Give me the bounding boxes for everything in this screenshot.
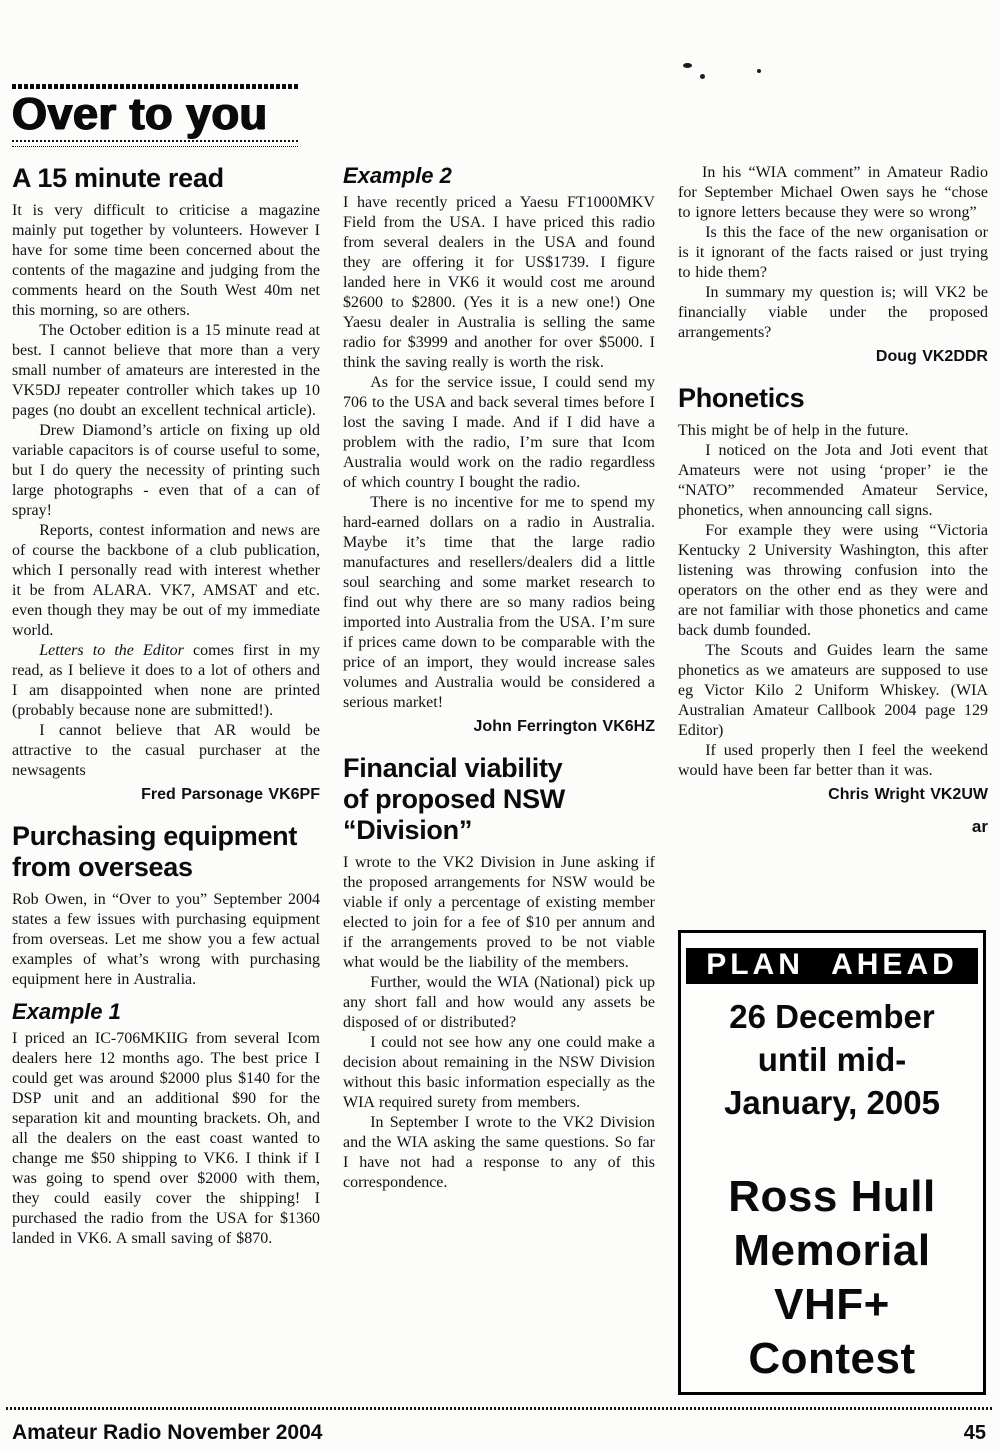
article-end-mark: ar [678, 817, 988, 837]
paragraph: In September I wrote to the VK2 Division… [343, 1113, 655, 1193]
date-line: 26 December [681, 995, 983, 1038]
masthead-bottom-rule [12, 140, 298, 147]
paragraph: Reports, contest information and news ar… [12, 521, 320, 641]
footer-journal-title: Amateur Radio November 2004 [12, 1421, 322, 1445]
letter-signature: Doug VK2DDR [678, 347, 988, 367]
date-line: January, 2005 [681, 1081, 983, 1124]
paragraph: I cannot believe that AR would be attrac… [12, 721, 320, 781]
letter-heading-15-minute-read: A 15 minute read [12, 163, 320, 194]
paragraph: Is this the face of the new organisation… [678, 223, 988, 283]
letter-heading-purchasing-equipment: Purchasing equipment from overseas [12, 821, 320, 883]
scan-speck [757, 69, 761, 73]
letter-signature: Fred Parsonage VK6PF [12, 785, 320, 805]
section-masthead: Over to you [12, 84, 298, 147]
page-number: 45 [964, 1422, 986, 1445]
paragraph: If used properly then I feel the weekend… [678, 741, 988, 781]
letter-signature: Chris Wright VK2UW [678, 785, 988, 805]
plan-ahead-dates: 26 December until mid- January, 2005 [681, 995, 983, 1124]
paragraph: Rob Owen, in “Over to you” September 200… [12, 890, 320, 990]
paragraph: There is no incentive for me to spend my… [343, 493, 655, 713]
event-line: Ross Hull [681, 1170, 983, 1224]
section-title: Over to you [12, 92, 298, 136]
italic-lead-in: Letters to the Editor [39, 642, 184, 659]
plan-ahead-event: Ross Hull Memorial VHF+ Contest [681, 1170, 983, 1386]
letter-signature: John Ferrington VK6HZ [343, 717, 655, 737]
magazine-page: Over to you A 15 minute read It is very … [0, 0, 1000, 1452]
letter-heading-financial-viability: Financial viability of proposed NSW “Div… [343, 753, 655, 846]
footer-rule [6, 1407, 994, 1410]
scan-speck [683, 63, 692, 68]
scan-speck [700, 74, 705, 79]
paragraph: As for the service issue, I could send m… [343, 373, 655, 493]
event-line: Memorial [681, 1224, 983, 1278]
subheading-example-2: Example 2 [343, 163, 655, 189]
paragraph: The Scouts and Guides learn the same pho… [678, 641, 988, 741]
paragraph: This might be of help in the future. [678, 421, 988, 441]
plan-ahead-title: PLAN AHEAD [686, 948, 978, 984]
paragraph: It is very difficult to criticise a maga… [12, 201, 320, 321]
event-line: Contest [681, 1332, 983, 1386]
paragraph: I wrote to the VK2 Division in June aski… [343, 853, 655, 973]
paragraph: Further, would the WIA (National) pick u… [343, 973, 655, 1033]
column-1: A 15 minute read It is very difficult to… [12, 161, 320, 1249]
paragraph: Drew Diamond’s article on fixing up old … [12, 421, 320, 521]
heading-line: “Division” [343, 815, 655, 846]
column-3: In his “WIA comment” in Amateur Radio fo… [678, 161, 988, 837]
plan-ahead-box: PLAN AHEAD 26 December until mid- Januar… [678, 930, 986, 1395]
letter-heading-phonetics: Phonetics [678, 383, 988, 414]
heading-line: Financial viability [343, 753, 655, 784]
heading-line: of proposed NSW [343, 784, 655, 815]
subheading-example-1: Example 1 [12, 999, 320, 1025]
date-line: until mid- [681, 1038, 983, 1081]
event-line: VHF+ [681, 1278, 983, 1332]
page-footer: Amateur Radio November 2004 45 [12, 1421, 986, 1445]
paragraph: The October edition is a 15 minute read … [12, 321, 320, 421]
paragraph: I noticed on the Jota and Joti event tha… [678, 441, 988, 521]
paragraph: For example they were using “Victoria Ke… [678, 521, 988, 641]
paragraph: In summary my question is; will VK2 be f… [678, 283, 988, 343]
paragraph: I could not see how any one could make a… [343, 1033, 655, 1113]
paragraph: I priced an IC-706MKIIG from several Ico… [12, 1029, 320, 1249]
paragraph: Letters to the Editor comes first in my … [12, 641, 320, 721]
column-2: Example 2 I have recently priced a Yaesu… [343, 161, 655, 1193]
paragraph: I have recently priced a Yaesu FT1000MKV… [343, 193, 655, 373]
paragraph: In his “WIA comment” in Amateur Radio fo… [678, 163, 988, 223]
